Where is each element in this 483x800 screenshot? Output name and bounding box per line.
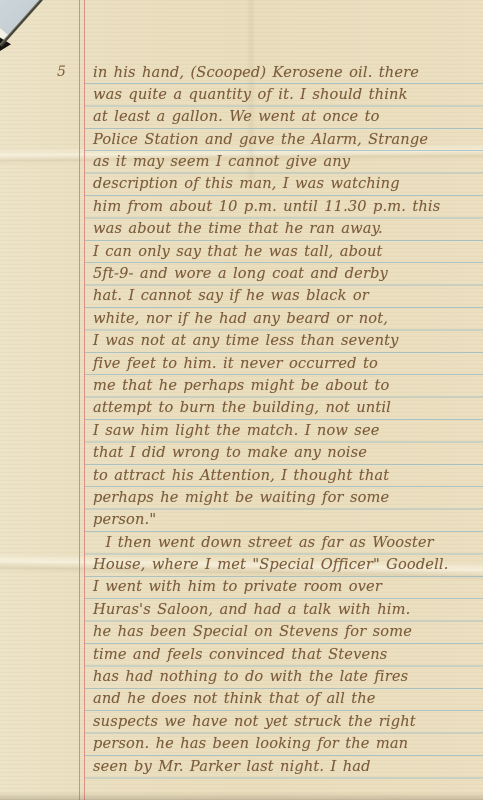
handwritten-line: attempt to burn the building, not until — [93, 397, 481, 419]
handwritten-line: time and feels convinced that Stevens — [93, 644, 481, 666]
page-number: 5 — [57, 63, 66, 81]
handwritten-line: perhaps he might be waiting for some — [93, 487, 481, 509]
handwritten-line: seen by Mr. Parker last night. I had — [93, 756, 481, 778]
handwritten-line: description of this man, I was watching — [93, 173, 481, 195]
handwritten-line: I saw him light the match. I now see — [93, 420, 481, 442]
handwritten-line: suspects we have not yet struck the righ… — [93, 711, 481, 733]
handwritten-line: me that he perhaps might be about to — [93, 375, 481, 397]
handwritten-line: as it may seem I cannot give any — [93, 151, 481, 173]
handwritten-line: I was not at any time less than seventy — [93, 330, 481, 352]
handwritten-line: was about the time that he ran away. — [93, 218, 481, 240]
handwritten-line: 5ft-9- and wore a long coat and derby — [93, 263, 481, 285]
handwritten-text-block: in his hand, (Scooped) Kerosene oil. the… — [93, 62, 481, 779]
handwritten-line: five feet to him. it never occurred to — [93, 353, 481, 375]
handwritten-line: person. he has been looking for the man — [93, 733, 481, 755]
handwritten-line: Huras's Saloon, and had a talk with him. — [93, 599, 481, 621]
handwritten-line: Police Station and gave the Alarm, Stran… — [93, 129, 481, 151]
handwritten-line: that I did wrong to make any noise — [93, 442, 481, 464]
red-margin-line-outer — [79, 0, 81, 800]
handwritten-line: I can only say that he was tall, about — [93, 241, 481, 263]
handwritten-line: was quite a quantity of it. I should thi… — [93, 84, 481, 106]
handwritten-line: person." — [93, 509, 481, 531]
handwritten-line: hat. I cannot say if he was black or — [93, 285, 481, 307]
red-margin-line-inner — [84, 0, 86, 800]
page-bottom-edge — [0, 792, 483, 800]
handwritten-line: him from about 10 p.m. until 11.30 p.m. … — [93, 196, 481, 218]
handwritten-line: I went with him to private room over — [93, 576, 481, 598]
handwritten-line: he has been Special on Stevens for some — [93, 621, 481, 643]
handwritten-line: House, where I met "Special Officer" Goo… — [93, 554, 481, 576]
handwritten-line: I then went down street as far as Wooste… — [93, 532, 481, 554]
handwritten-line: white, nor if he had any beard or not, — [93, 308, 481, 330]
handwritten-line: has had nothing to do with the late fire… — [93, 666, 481, 688]
handwritten-line: at least a gallon. We went at once to — [93, 106, 481, 128]
handwritten-line: in his hand, (Scooped) Kerosene oil. the… — [93, 62, 481, 84]
handwritten-line: and he does not think that of all the — [93, 688, 481, 710]
manuscript-page: 5 in his hand, (Scooped) Kerosene oil. t… — [0, 0, 483, 800]
handwritten-line: to attract his Attention, I thought that — [93, 465, 481, 487]
